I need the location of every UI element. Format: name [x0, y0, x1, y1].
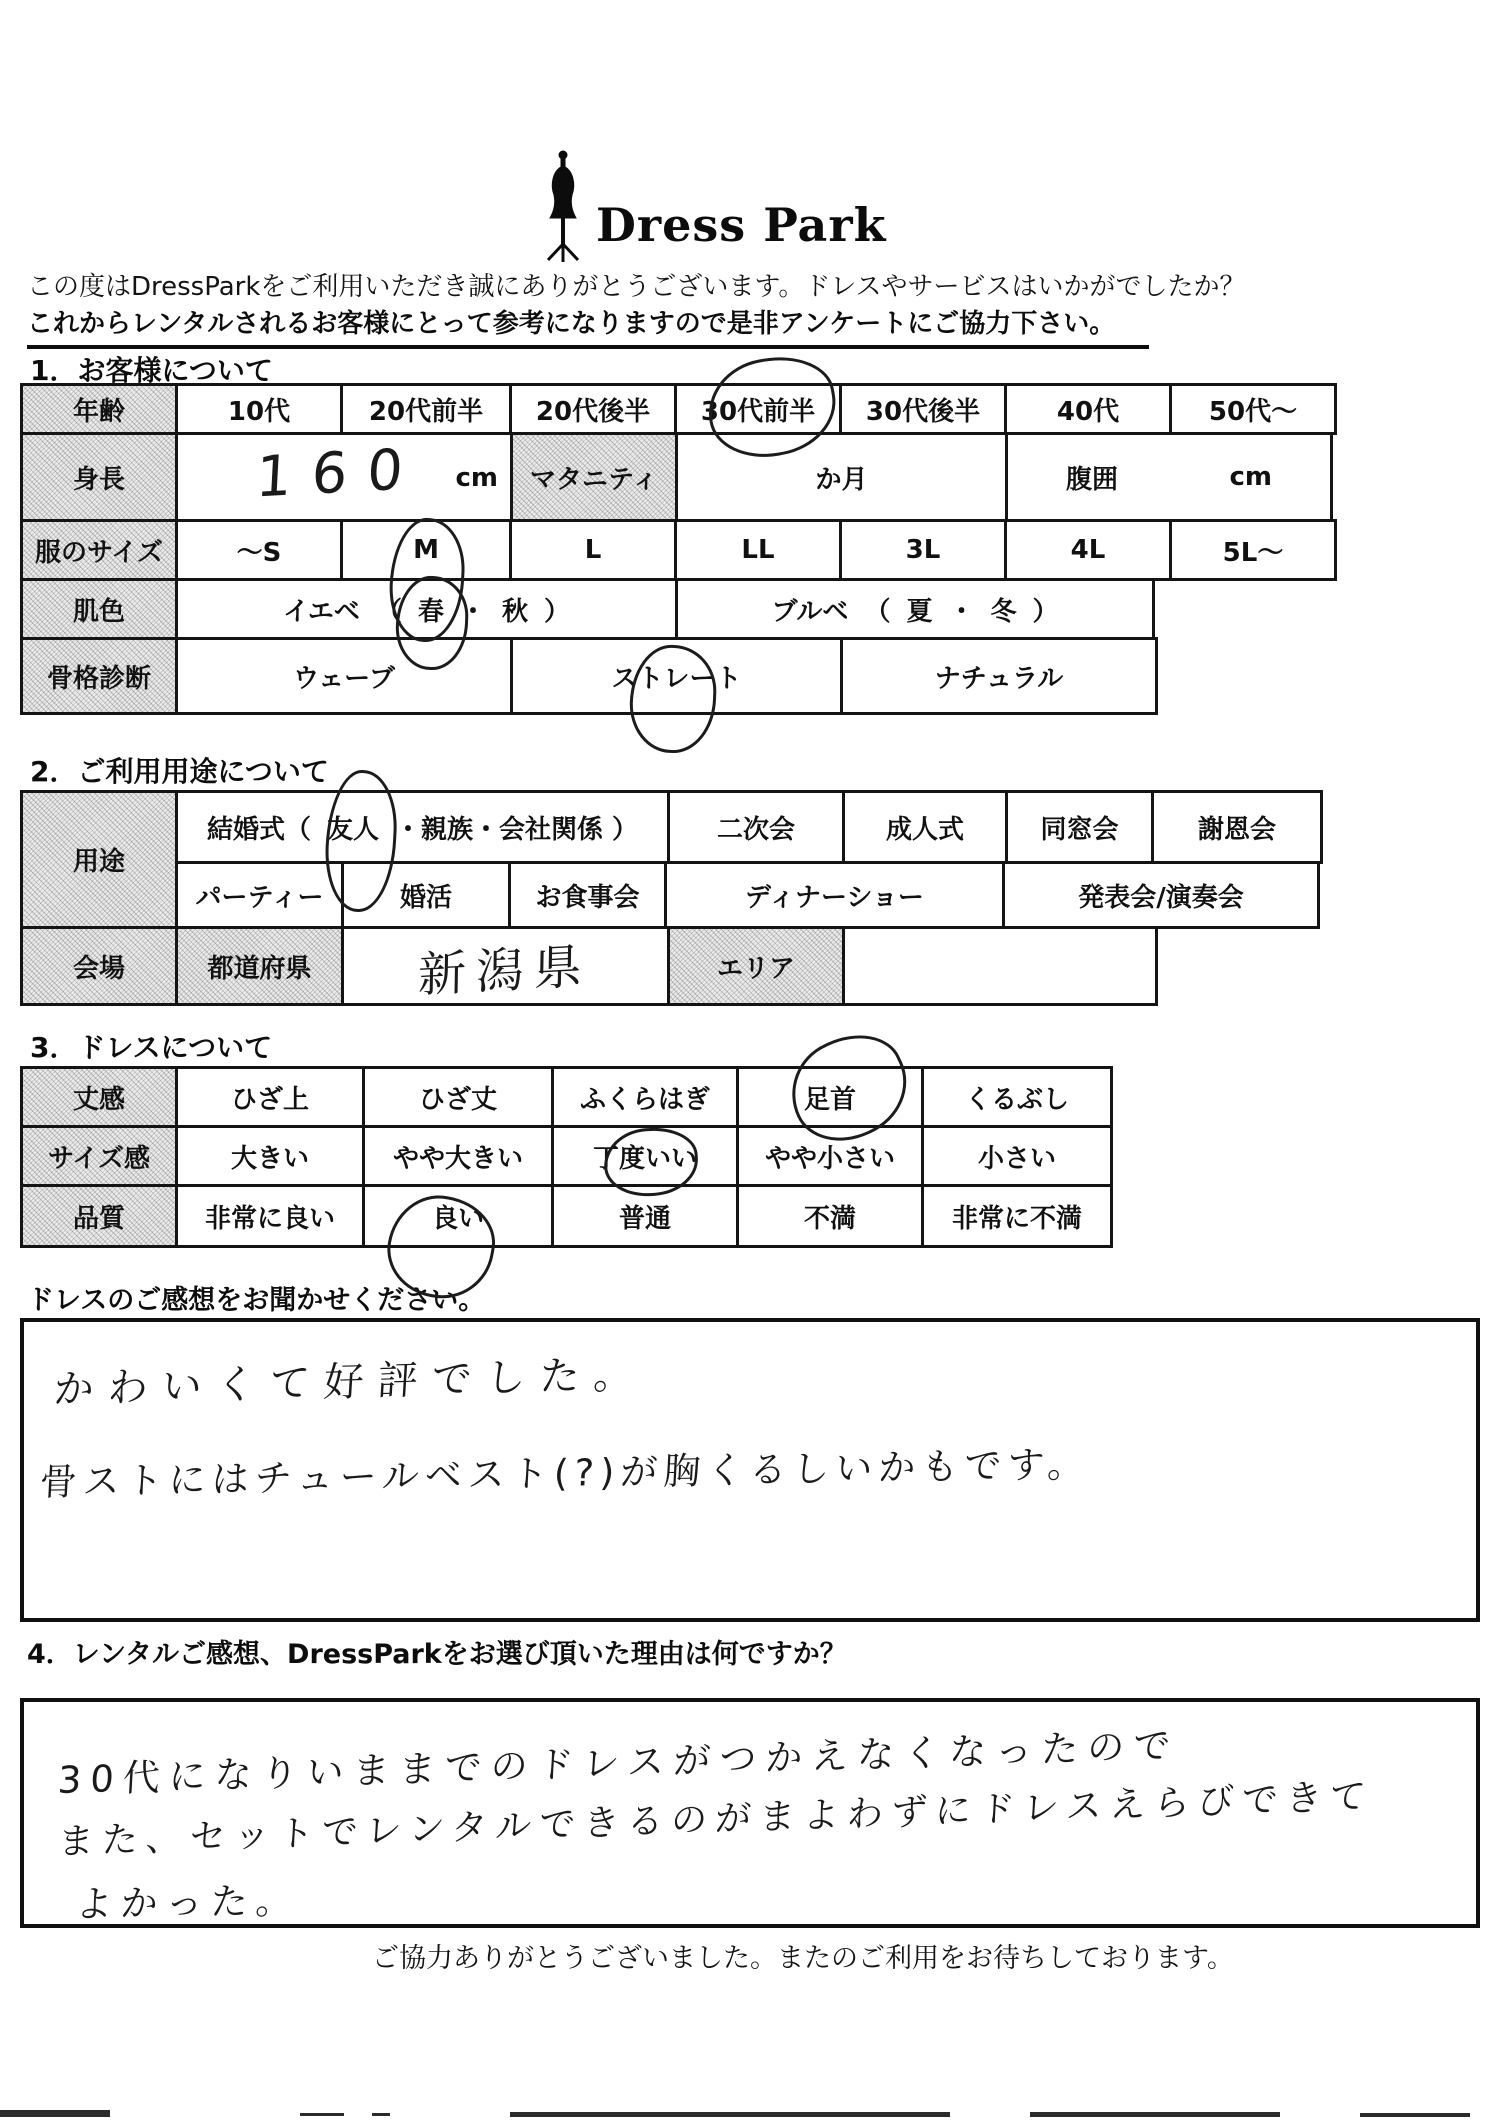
length-option-ankle-selected: 足首 — [736, 1066, 924, 1128]
age-option-late20s: 20代後半 — [509, 383, 677, 435]
fit-row: サイズ感 大きい やや大きい 丁度いい やや小さい 小さい — [20, 1125, 1113, 1187]
purpose-option-konkatsu: 婚活 — [341, 861, 511, 929]
quality-option-normal: 普通 — [551, 1184, 739, 1248]
size-option-m-selected: M — [340, 519, 512, 581]
scan-artifact — [1030, 2112, 1280, 2117]
length-label: 丈感 — [20, 1066, 178, 1128]
venue-prefecture-label: 都道府県 — [175, 926, 344, 1006]
venue-row: 会場 都道府県 新潟県 エリア — [20, 926, 1340, 1006]
age-row: 年齢 10代 20代前半 20代後半 30代前半 30代後半 40代 50代～ — [20, 383, 1337, 435]
quality-option-bad: 不満 — [736, 1184, 924, 1248]
waist-label: 腹囲 — [1066, 459, 1118, 496]
venue-label: 会場 — [20, 926, 178, 1006]
length-option-anklebone: くるぶし — [921, 1066, 1113, 1128]
customer-table: 年齢 10代 20代前半 20代後半 30代前半 30代後半 40代 50代～ … — [20, 383, 1337, 715]
length-option-knee: ひざ丈 — [362, 1066, 554, 1128]
intro-line-1: この度はDressParkをご利用いただき誠にありがとうございます。ドレスやサー… — [27, 266, 1246, 303]
bone-row: 骨格診断 ウェーブ ストレート ナチュラル — [20, 637, 1337, 715]
reason-box: 30代になりいままでのドレスがつかえなくなったので また、セットでレンタルできる… — [20, 1698, 1480, 1928]
maternity-months-label: か月 — [675, 432, 1008, 522]
size-row: 服のサイズ ～S M L LL 3L 4L 5L～ — [20, 519, 1337, 581]
age-option-early30s-selected: 30代前半 — [674, 383, 842, 435]
bone-option-straight-selected: ストレート — [510, 637, 843, 715]
purpose-row-1: 結婚式（ 友人 ・親族・会社関係 ） 二次会 成人式 同窓会 謝恩会 — [175, 790, 1340, 864]
size-option-l: L — [509, 519, 677, 581]
skin-blue-open-paren: （ — [864, 591, 890, 628]
age-option-late30s: 30代後半 — [839, 383, 1007, 435]
purpose-option-reunion: 同窓会 — [1005, 790, 1154, 864]
purpose-option-recital: 発表会/演奏会 — [1002, 861, 1320, 929]
fit-option-small: 小さい — [921, 1125, 1113, 1187]
logo: Dress Park — [540, 148, 886, 270]
logo-text: Dress Park — [596, 198, 886, 270]
feedback-handwritten-line-2: 骨ストにはチュールベスト(?)が胸くるしいかもです。 — [39, 1434, 1092, 1506]
fit-option-just-right-selected: 丁度いい — [551, 1125, 739, 1187]
dress-form-icon — [540, 148, 586, 270]
quality-label: 品質 — [20, 1184, 178, 1248]
scan-artifact — [510, 2112, 950, 2117]
skin-row: 肌色 イエベ （ 春 ・ 秋 ） ブルベ （ 夏 ・ 冬 ） — [20, 578, 1337, 640]
skin-yellow-close-paren: ） — [544, 591, 570, 628]
age-option-50s: 50代～ — [1169, 383, 1337, 435]
scan-artifact — [372, 2113, 390, 2116]
fit-option-big: 大きい — [175, 1125, 365, 1187]
maternity-label: マタニティ — [510, 432, 678, 522]
venue-prefecture-handwritten-value: 新潟県 — [418, 927, 593, 1005]
length-option-above-knee: ひざ上 — [175, 1066, 365, 1128]
skin-blue-separator: ・ — [948, 591, 974, 628]
skin-blue-close-paren: ） — [1033, 591, 1059, 628]
purpose-option-afterparty: 二次会 — [667, 790, 845, 864]
fit-option-slightly-big: やや大きい — [362, 1125, 554, 1187]
size-option-ll: LL — [674, 519, 842, 581]
feedback-handwritten-line-1: かわいくて好評でした。 — [52, 1342, 649, 1415]
footer-thanks: ご協力ありがとうございました。またのご利用をお待ちしております。 — [372, 1936, 1234, 1975]
section3-heading: 3．ドレスについて — [30, 1026, 272, 1066]
scanned-questionnaire: Dress Park この度はDressParkをご利用いただき誠にありがとうご… — [0, 0, 1500, 2127]
quality-option-very-bad: 非常に不満 — [921, 1184, 1113, 1248]
height-unit: cm — [455, 463, 498, 493]
section2-heading: 2．ご利用用途について — [30, 750, 329, 790]
purpose-row-2: パーティー 婚活 お食事会 ディナーショー 発表会/演奏会 — [175, 861, 1340, 929]
purpose-option-dinner-show: ディナーショー — [664, 861, 1005, 929]
purpose-table: 用途 結婚式（ 友人 ・親族・会社関係 ） 二次会 成人式 同窓会 謝恩会 パー… — [20, 790, 1340, 1006]
purpose-option-party: パーティー — [175, 861, 344, 929]
height-row: 身長 160 cm マタニティ か月 腹囲 cm — [20, 432, 1337, 522]
purpose-wedding-friend-selected: 友人 — [327, 809, 379, 846]
fit-option-slightly-small: やや小さい — [736, 1125, 924, 1187]
purpose-option-coming-of-age: 成人式 — [842, 790, 1008, 864]
bone-option-natural: ナチュラル — [840, 637, 1158, 715]
quality-row: 品質 非常に良い 良い 普通 不満 非常に不満 — [20, 1184, 1113, 1248]
age-option-10s: 10代 — [175, 383, 343, 435]
skin-yellow-open-paren: （ — [376, 591, 402, 628]
waist-unit: cm — [1229, 462, 1272, 492]
purpose-option-thanks-party: 謝恩会 — [1151, 790, 1323, 864]
size-option-3l: 3L — [839, 519, 1007, 581]
skin-yellow-separator: ・ — [460, 591, 486, 628]
feedback-box: かわいくて好評でした。 骨ストにはチュールベスト(?)が胸くるしいかもです。 — [20, 1318, 1480, 1622]
purpose-wedding-prefix: 結婚式（ — [207, 809, 311, 846]
scan-artifact — [0, 2110, 110, 2117]
venue-area-label: エリア — [667, 926, 845, 1006]
scan-artifact — [300, 2113, 344, 2116]
feedback-label: ドレスのご感想をお聞かせください。 — [27, 1278, 485, 1317]
size-option-s: ～S — [175, 519, 343, 581]
length-option-calf: ふくらはぎ — [551, 1066, 739, 1128]
quality-option-very-good: 非常に良い — [175, 1184, 365, 1248]
reason-handwritten-line-3: よかった。 — [74, 1870, 303, 1928]
height-label: 身長 — [20, 432, 178, 522]
skin-yellow-autumn: 秋 — [502, 591, 528, 628]
venue-area-value — [842, 926, 1158, 1006]
size-label: 服のサイズ — [20, 519, 178, 581]
size-option-5l: 5L～ — [1169, 519, 1337, 581]
intro-line-2: これからレンタルされるお客様にとって参考になりますので是非アンケートにご協力下さ… — [27, 303, 1149, 349]
skin-yellow-spring-selected: 春 — [418, 591, 444, 628]
purpose-label: 用途 — [20, 790, 178, 929]
skin-yellow-base: イエベ — [283, 591, 360, 628]
age-option-early20s: 20代前半 — [340, 383, 512, 435]
bone-label: 骨格診断 — [20, 637, 178, 715]
length-row: 丈感 ひざ上 ひざ丈 ふくらはぎ 足首 くるぶし — [20, 1066, 1113, 1128]
fit-label: サイズ感 — [20, 1125, 178, 1187]
age-label: 年齢 — [20, 383, 178, 435]
section4-heading: 4．レンタルご感想、DressParkをお選び頂いた理由は何ですか？ — [27, 1632, 847, 1671]
quality-option-good-selected: 良い — [362, 1184, 554, 1248]
purpose-wedding-suffix: ・親族・会社関係 ） — [395, 809, 638, 846]
age-option-40s: 40代 — [1004, 383, 1172, 435]
height-handwritten-value: 160 — [254, 436, 424, 510]
purpose-option-dinner: お食事会 — [508, 861, 667, 929]
skin-blue-winter: 冬 — [990, 591, 1016, 628]
skin-blue-summer: 夏 — [906, 591, 932, 628]
bone-option-wave: ウェーブ — [175, 637, 513, 715]
skin-blue-base: ブルベ — [771, 591, 848, 628]
skin-label: 肌色 — [20, 578, 178, 640]
scan-artifact — [1360, 2113, 1470, 2117]
dress-table: 丈感 ひざ上 ひざ丈 ふくらはぎ 足首 くるぶし サイズ感 大きい やや大きい … — [20, 1066, 1113, 1248]
size-option-4l: 4L — [1004, 519, 1172, 581]
